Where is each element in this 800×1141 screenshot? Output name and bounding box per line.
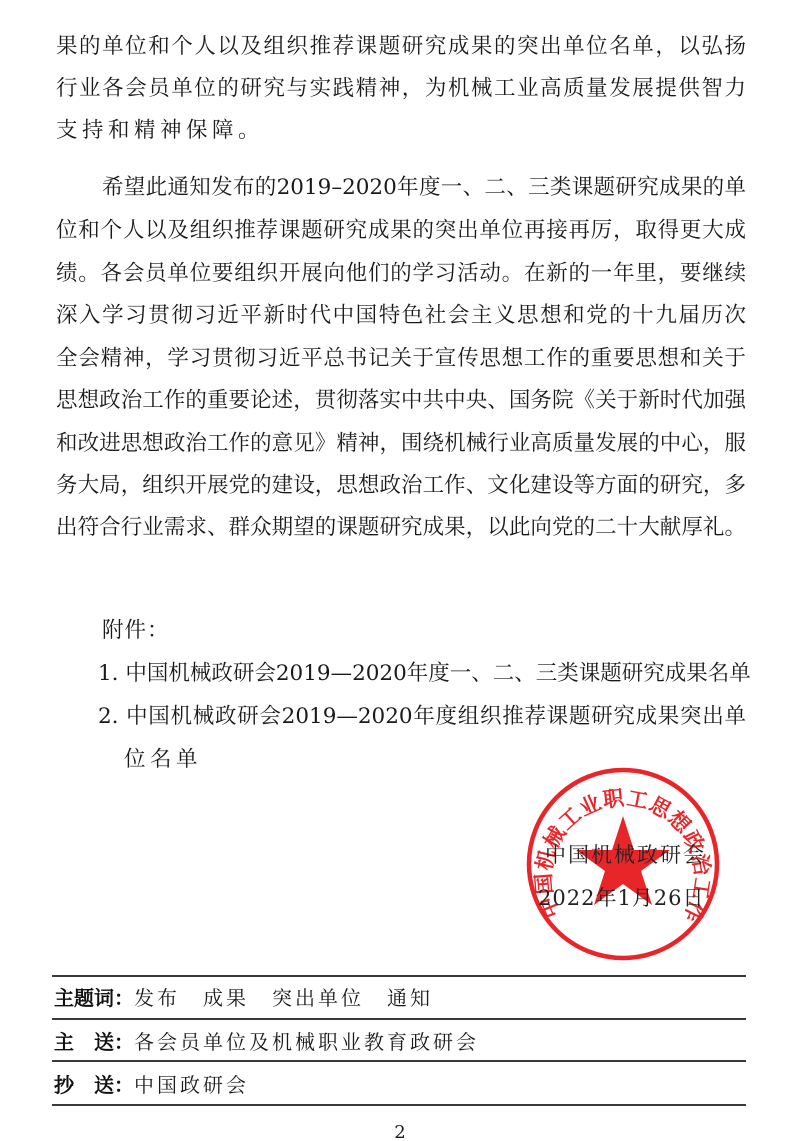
copy-send-row: 抄 送：中国政研会 [54,1072,249,1098]
paragraph-1-line-2: 行业各会员单位的研究与实践精神，为机械工业高质量发展提供智力 [56,76,746,102]
keywords-row: 主题词：发布 成果 突出单位 通知 [54,985,433,1011]
paragraph-2-line-1: 希望此通知发布的2019–2020年度一、二、三类课题研究成果的单 [102,175,746,201]
copy-send-value: 中国政研会 [134,1073,249,1097]
paragraph-2-line-6: 思想政治工作的重要论述，贯彻落实中共中央、国务院《关于新时代加强 [56,388,746,414]
keywords-value: 发布 成果 突出单位 通知 [134,986,433,1010]
keywords-label: 主题词： [54,986,134,1010]
paragraph-2-line-9: 出符合行业需求、群众期望的课题研究成果，以此向党的二十大献厚礼。 [56,515,746,541]
signing-date: 2022年1月26日 [538,882,705,912]
footer-rule-3 [52,1060,746,1062]
main-send-label: 主 送： [54,1030,134,1054]
paragraph-2-line-7: 和改进思想政治工作的意见》精神，围绕机械行业高质量发展的中心，服 [56,431,746,457]
attachment-item-1: 1. 中国机械政研会2019—2020年度一、二、三类课题研究成果名单 [98,661,746,687]
main-send-row: 主 送：各会员单位及机械职业教育政研会 [54,1029,479,1055]
paragraph-2-line-5: 全会精神，学习贯彻习近平总书记关于宣传思想工作的重要思想和关于 [56,346,746,372]
paragraph-2-line-4: 深入学习贯彻习近平新时代中国特色社会主义思想和党的十九届历次 [56,303,746,329]
paragraph-2-line-8: 务大局，组织开展党的建设，思想政治工作、文化建设等方面的研究，多 [56,473,746,499]
paragraph-2-line-2: 位和个人以及组织推荐课题研究成果的突出单位再接再厉，取得更大成 [56,218,746,244]
page-number: 2 [0,1122,800,1141]
attachment-item-2: 2. 中国机械政研会2019—2020年度组织推荐课题研究成果突出单 [98,704,746,730]
paragraph-1-line-3: 支持和精神保障。 [56,118,746,144]
attachments-label: 附件： [102,618,792,644]
footer-rule-1 [52,975,746,977]
copy-send-label: 抄 送： [54,1073,134,1097]
paragraph-1-line-1: 果的单位和个人以及组织推荐课题研究成果的突出单位名单，以弘扬 [56,34,746,60]
footer-rule-4 [52,1104,746,1106]
footer-rule-2 [52,1018,746,1020]
signing-organization: 中国机械政研会 [545,839,706,869]
paragraph-2-line-3: 绩。各会员单位要组织开展向他们的学习活动。在新的一年里，要继续 [56,261,746,287]
main-send-value: 各会员单位及机械职业教育政研会 [134,1030,479,1054]
